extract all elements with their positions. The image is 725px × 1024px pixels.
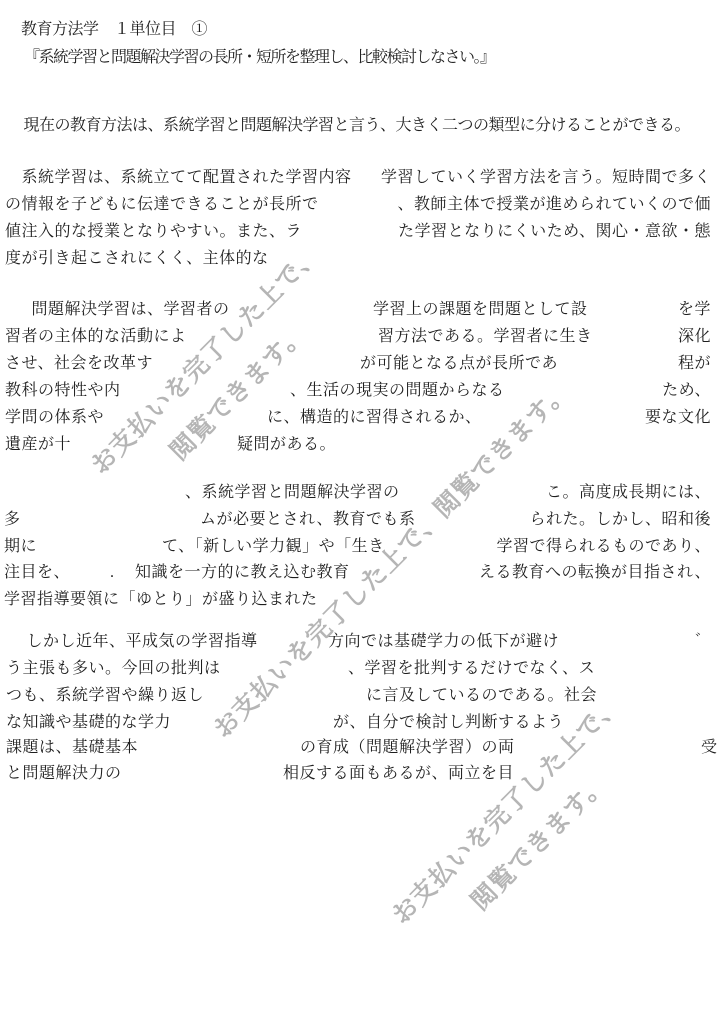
text-fragment-para2: 系統学習は、系統立てて配置された学習内容 [5, 170, 352, 186]
text-fragment-para5: しかし近年、平成気の学習指導 [10, 634, 258, 650]
text-fragment-para4: 学習指導要領に「ゆとり」が盛り込まれた [4, 592, 318, 608]
text-fragment-para5: と問題解決力の [6, 766, 122, 782]
text-fragment-para2: 、教師主体で授業が進められていくので価 [397, 197, 711, 213]
document-page: 教育方法学 １単位目 ①『系統学習と問題解決学習の長所・短所を整理し、比較検討し… [0, 0, 725, 1024]
text-fragment-para3: に、構造的に習得されるか、 [267, 410, 482, 426]
text-fragment-para4: 多 [4, 512, 21, 528]
text-fragment-para5: 方向では基礎学力の低下が避け [328, 634, 559, 650]
text-fragment-para2: た学習となりにくいため、関心・意欲・態 [398, 224, 711, 240]
text-fragment-para3: を学 [678, 302, 711, 318]
text-fragment-para4: 知識を一方的に教え込む教育 [135, 565, 350, 581]
text-fragment-para3: 要な文化 [645, 410, 711, 426]
text-fragment-para5: 相反する面もあるが、両立を目 [283, 766, 514, 782]
text-fragment-para4: 期に [4, 539, 37, 555]
text-fragment-para3: させ、社会を改革す [5, 356, 153, 372]
text-fragment-para5: な知識や基礎的な学力 [6, 715, 171, 731]
text-fragment-para4: 注目を、 [4, 565, 70, 581]
text-fragment-para4: て、「新しい学力観」や「生き [162, 539, 385, 555]
text-fragment-para5: 課題は、基礎基本 [6, 740, 138, 756]
text-fragment-para5: 受 [701, 740, 718, 756]
text-fragment-para4: . [110, 565, 115, 581]
payment-watermark-stamp: お支払いを完了した上で、閲覧できます。 [79, 233, 364, 518]
text-fragment-para5: ゛ [695, 634, 712, 650]
text-fragment-para4: 学習で得られるものであり、 [496, 539, 711, 555]
text-fragment-para2: 度が引き起こされにくく、主体的な [5, 251, 269, 267]
text-fragment-para3: 習方法である。学習者に生き [378, 329, 593, 345]
text-fragment-para3: 程が [678, 356, 711, 372]
text-fragment-intro: 現在の教育方法は、系統学習と問題解決学習と言う、大きく二つの類型に分けることがで… [8, 118, 690, 134]
text-fragment-para4: 、系統学習と問題解決学習の [185, 485, 400, 501]
text-fragment-para5: が、自分で検討し判断するよう [333, 715, 564, 731]
text-fragment-para3: ため、 [662, 383, 711, 399]
text-fragment-para3: 、生活の現実の問題からなる [290, 383, 505, 399]
text-fragment-para4: える教育への転換が目指され、 [479, 565, 711, 581]
text-fragment-para3: 深化 [678, 329, 711, 345]
text-fragment-para3: 学問の体系や [5, 410, 104, 426]
text-fragment-para3: 教科の特性や内 [5, 383, 121, 399]
text-fragment-para3: が可能となる点が長所であ [360, 356, 558, 372]
text-fragment-para5: の育成（問題解決学習）の両 [300, 740, 515, 756]
text-fragment-para5: に言及しているのである。社会 [366, 688, 597, 704]
text-fragment-header: 教育方法学 １単位目 ① [21, 22, 207, 38]
text-fragment-para3: 遺産が十 [5, 437, 71, 453]
text-fragment-para4: ムが必要とされ、教育でも系 [200, 512, 415, 528]
text-fragment-header: 『系統学習と問題解決学習の長所・短所を整理し、比較検討しなさい。』 [24, 50, 495, 66]
text-fragment-para3: 疑問がある。 [237, 437, 336, 453]
text-fragment-para5: つも、系統学習や繰り返し [6, 688, 204, 704]
text-fragment-para4: こ。高度成長期には、 [546, 485, 711, 501]
text-fragment-para5: 、学習を批判するだけでなく、ス [348, 661, 595, 677]
text-fragment-para2: の情報を子どもに伝達できることが長所で [5, 197, 319, 213]
text-fragment-para3: 問題解決学習は、学習者の [15, 302, 230, 318]
text-fragment-para2: 値注入的な授業となりやすい。また、ラ [5, 224, 302, 240]
text-fragment-para2: 学習していく学習方法を言う。短時間で多く [381, 170, 711, 186]
text-fragment-para5: う主張も多い。今回の批判は [6, 661, 221, 677]
text-fragment-para3: 学習上の課題を問題として設 [373, 302, 588, 318]
text-fragment-para4: られた。しかし、昭和後 [529, 512, 711, 528]
text-fragment-para3: 習者の主体的な活動によ [5, 329, 187, 345]
